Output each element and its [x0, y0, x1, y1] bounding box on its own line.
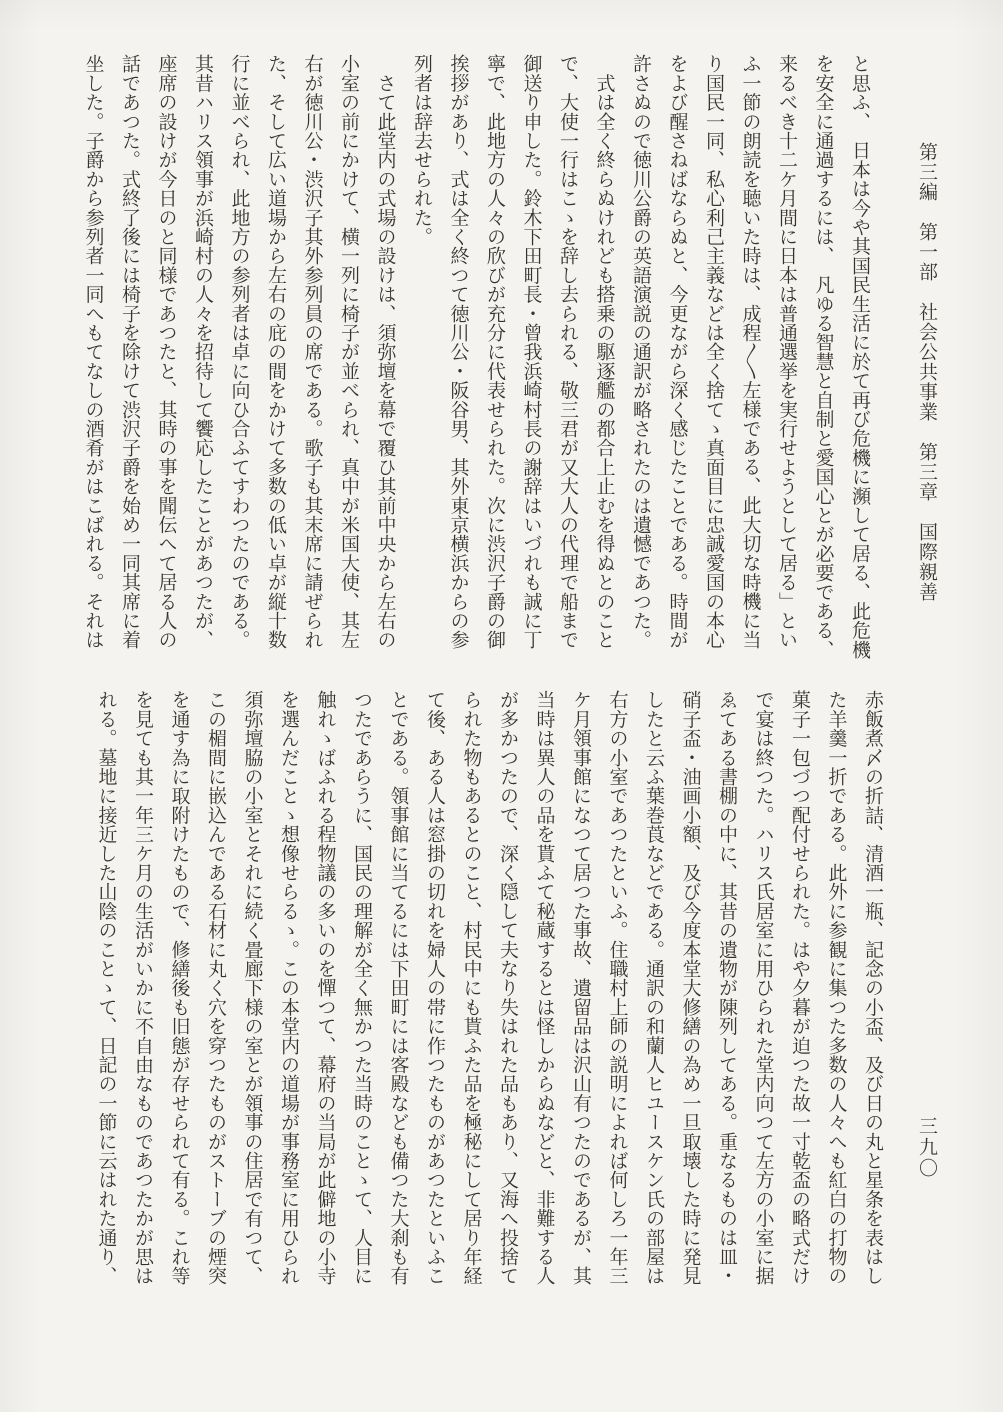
text-column: で宴は終つた。ハリス氏居室に用ひられた堂内向つて左方の小室に据 — [744, 690, 781, 1304]
text-column: 須弥壇脇の小室とそれに続く畳廊下様の室とが領事の住居で有つて、 — [233, 690, 270, 1304]
text-column: とである。領事館に当てるには下田町には客殿なども備つた大刹も有 — [379, 690, 416, 1304]
text-column: が多かつたので、深く隠して夫なり失はれた品もあり、又海へ投捨て — [489, 690, 526, 1304]
text-column: た、そして広い道場から左右の庇の間をかけて多数の低い卓が縦十数 — [257, 54, 294, 668]
text-column: したと云ふ葉巻莨などである。通訳の和蘭人ヒユースケン氏の部屋は — [635, 690, 672, 1304]
text-column: で、大使一行はこゝを辞し去られる、敬三君が又大人の代理で船まで — [549, 54, 586, 668]
text-column: 菓子一包づつ配付せられた。はや夕暮が迫つた故一寸乾盃の略式だけ — [781, 690, 818, 1304]
text-column: をよび醒さねばならぬと、今更ながら深く感じたことである。時間が — [658, 54, 695, 668]
text-column: 列者は辞去せられた。 — [403, 54, 440, 668]
text-column: を安全に通過するには、 凡ゆる智慧と自制と愛国心とが必要である、 — [804, 54, 841, 668]
text-column: 挨拶があり、式は全く終つて徳川公・阪谷男、其外東京横浜からの参 — [439, 54, 476, 668]
text-column: 座席の設けが今日のと同様であつたと、其時の事を聞伝へて居る人の — [147, 54, 184, 668]
text-column: られた物もあるとのこと、村民中にも貰ふた品を極秘にして居り年経 — [452, 690, 489, 1304]
text-column: 話であつた。式終了後には椅子を除けて渋沢子爵を始め一同其席に着 — [111, 54, 148, 668]
text-column: 右が徳川公・渋沢子其外参列員の席である。歌子も其末席に請ぜられ — [293, 54, 330, 668]
text-column: 其昔ハリス領事が浜崎村の人々を招待して饗応したことがあつたが、 — [184, 54, 221, 668]
page-number: 三九〇 — [908, 1116, 944, 1206]
text-column: を見ても其一年三ケ月の生活がいかに不自由なものであつたかが思は — [124, 690, 161, 1304]
text-column: 寧で、此地方の人々の欣びが充分に代表せられた。次に渋沢子爵の御 — [476, 54, 513, 668]
text-column: 行に並べられ、此地方の参列者は卓に向ひ合ふてすわつたのである。 — [220, 54, 257, 668]
text-column: た羊羹一折である。此外に参観に集つた多数の人々へも紅白の打物の — [817, 690, 854, 1304]
text-column: ゑてある書棚の中に、其昔の遺物が陳列してある。重なるものは皿・ — [708, 690, 745, 1304]
text-column: ふ一節の朗読を聴いた時は、成程〱左様である、此大切な時機に当 — [731, 54, 768, 668]
lower-text-block: 赤飯煮〆の折詰、清酒一瓶、記念の小盃、及び日の丸と星条を表はした羊羹一折である。… — [87, 690, 890, 1304]
text-column: ケ月領事館になつて居つた事故、遺留品は沢山有つたのであるが、其 — [562, 690, 599, 1304]
text-column: 坐した。子爵から参列者一同へもてなしの酒肴がはこばれる。それは — [74, 54, 111, 668]
text-column: を選んだことゝ想像せらるゝ。この本堂内の道場が事務室に用ひられ — [270, 690, 307, 1304]
text-column: 来るべき十二ケ月間に日本は普通選挙を実行せようとして居る」とい — [768, 54, 805, 668]
text-column: この楣間に嵌込んである石材に丸く穴を穿つたものがストーブの煙突 — [197, 690, 234, 1304]
book-page: 第三編 第一部 社会公共事業 第三章 国際親善 と思ふ、 日本は今や其国民生活に… — [0, 0, 1003, 1412]
text-column: て後、ある人は窓掛の切れを婦人の帯に作つたものがあつたといふこ — [416, 690, 453, 1304]
text-column: さて此堂内の式場の設けは、須弥壇を幕で覆ひ其前中央から左右の — [366, 54, 403, 668]
text-column: れる。墓地に接近した山陰のことゝて、日記の一節に云はれた通り、 — [87, 690, 124, 1304]
text-column: 右方の小室であつたといふ。住職村上師の説明によれば何しろ一年三 — [598, 690, 635, 1304]
running-header: 第三編 第一部 社会公共事業 第三章 国際親善 — [906, 142, 946, 622]
text-column: 硝子盃・油画小額、及び今度本堂大修繕の為め一旦取壊した時に発見 — [671, 690, 708, 1304]
text-column: つたであらうに、国民の理解が全く無かつた当時のことゝて、人目に — [343, 690, 380, 1304]
text-column: 御送り申した。鈴木下田町長・曾我浜崎村長の謝辞はいづれも誠に丁 — [512, 54, 549, 668]
text-column: を通す為に取附けたもので、修繕後も旧態が存せられて有る。これ等 — [160, 690, 197, 1304]
upper-text-block: と思ふ、 日本は今や其国民生活に於て再び危機に瀕して居る、此危機を安全に通過する… — [74, 54, 877, 668]
text-column: 許さぬので徳川公爵の英語演説の通訳が略されたのは遺憾であつた。 — [622, 54, 659, 668]
text-column: り国民一同、私心利己主義などは全く捨てゝ真面目に忠誠愛国の本心 — [695, 54, 732, 668]
text-column: 赤飯煮〆の折詰、清酒一瓶、記念の小盃、及び日の丸と星条を表はし — [854, 690, 891, 1304]
text-column: 当時は異人の品を貰ふて秘蔵するとは怪しからぬなどと、非難する人 — [525, 690, 562, 1304]
text-column: と思ふ、 日本は今や其国民生活に於て再び危機に瀕して居る、此危機 — [841, 54, 878, 668]
text-column: 小室の前にかけて、横一列に椅子が並べられ、真中が米国大使、其左 — [330, 54, 367, 668]
text-column: 触れゝばふれる程物議の多いのを憚つて、幕府の当局が此僻地の小寺 — [306, 690, 343, 1304]
text-column: 式は全く終らぬけれども搭乗の駆逐艦の都合上止むを得ぬとのこと — [585, 54, 622, 668]
